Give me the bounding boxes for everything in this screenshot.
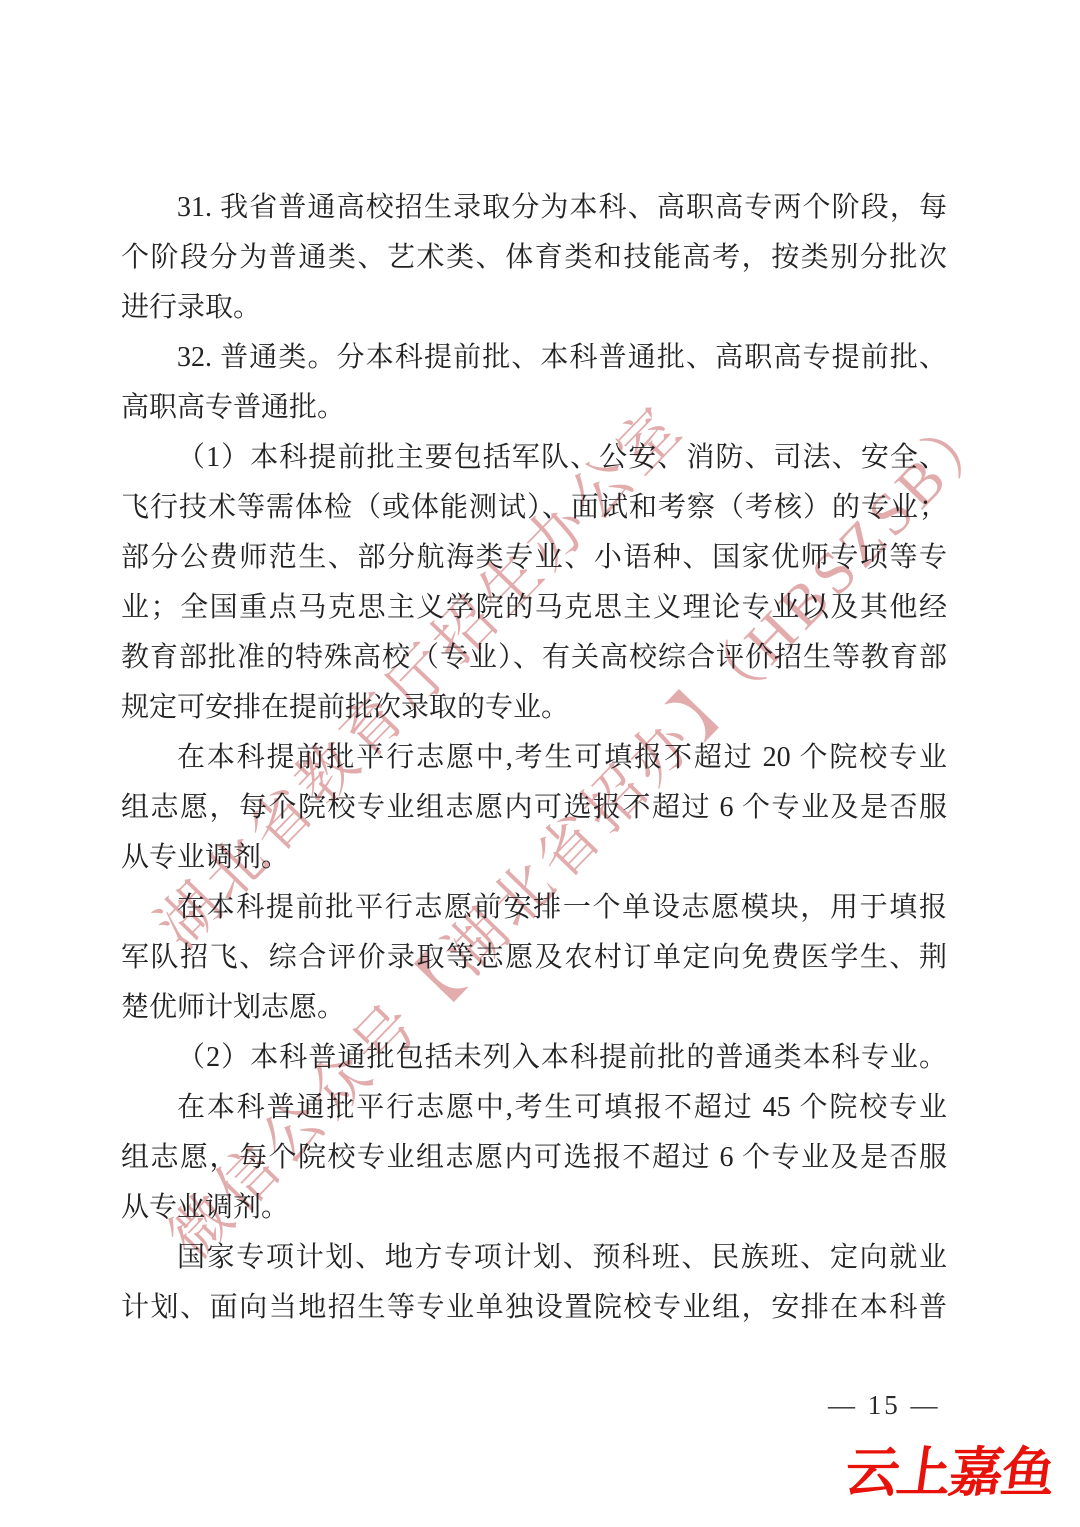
text-line: 从专业调剂。	[121, 833, 947, 883]
text-line: 教育部批准的特殊高校（专业）、有关高校综合评价招生等教育部	[121, 633, 947, 683]
text-block: 31. 我省普通高校招生录取分为本科、高职高专两个阶段，每个阶段分为普通类、艺术…	[121, 183, 947, 1333]
text-line: 进行录取。	[121, 283, 947, 333]
text-line: 部分公费师范生、部分航海类专业、小语种、国家优师专项等专	[121, 533, 947, 583]
text-line: 在本科普通批平行志愿中,考生可填报不超过 45 个院校专业	[121, 1083, 947, 1133]
text-line: 楚优师计划志愿。	[121, 983, 947, 1033]
text-line: 飞行技术等需体检（或体能测试）、面试和考察（考核）的专业；	[121, 483, 947, 533]
text-line: 高职高专普通批。	[121, 383, 947, 433]
text-line: 组志愿，每个院校专业组志愿内可选报不超过 6 个专业及是否服	[121, 783, 947, 833]
text-line: 32. 普通类。分本科提前批、本科普通批、高职高专提前批、	[121, 333, 947, 383]
text-line: （1）本科提前批主要包括军队、公安、消防、司法、安全、	[121, 433, 947, 483]
text-line: 组志愿，每个院校专业组志愿内可选报不超过 6 个专业及是否服	[121, 1133, 947, 1183]
text-line: （2）本科普通批包括未列入本科提前批的普通类本科专业。	[121, 1033, 947, 1083]
document-page: 湖北省教育厅招生办公室 微信公众号【湖北省招办】（HBSZSB） 31. 我省普…	[0, 0, 1080, 1527]
text-line: 从专业调剂。	[121, 1183, 947, 1233]
brand-logo: 云上嘉鱼	[841, 1430, 1060, 1507]
text-line: 规定可安排在提前批次录取的专业。	[121, 683, 947, 733]
text-line: 在本科提前批平行志愿中,考生可填报不超过 20 个院校专业	[121, 733, 947, 783]
text-line: 个阶段分为普通类、艺术类、体育类和技能高考，按类别分批次	[121, 233, 947, 283]
text-line: 军队招飞、综合评价录取等志愿及农村订单定向免费医学生、荆	[121, 933, 947, 983]
text-line: 国家专项计划、地方专项计划、预科班、民族班、定向就业	[121, 1233, 947, 1283]
text-line: 业；全国重点马克思主义学院的马克思主义理论专业以及其他经	[121, 583, 947, 633]
page-number: — 15 —	[828, 1390, 941, 1421]
text-line: 在本科提前批平行志愿前安排一个单设志愿模块，用于填报	[121, 883, 947, 933]
text-line: 31. 我省普通高校招生录取分为本科、高职高专两个阶段，每	[121, 183, 947, 233]
text-line: 计划、面向当地招生等专业单独设置院校专业组，安排在本科普	[121, 1283, 947, 1333]
